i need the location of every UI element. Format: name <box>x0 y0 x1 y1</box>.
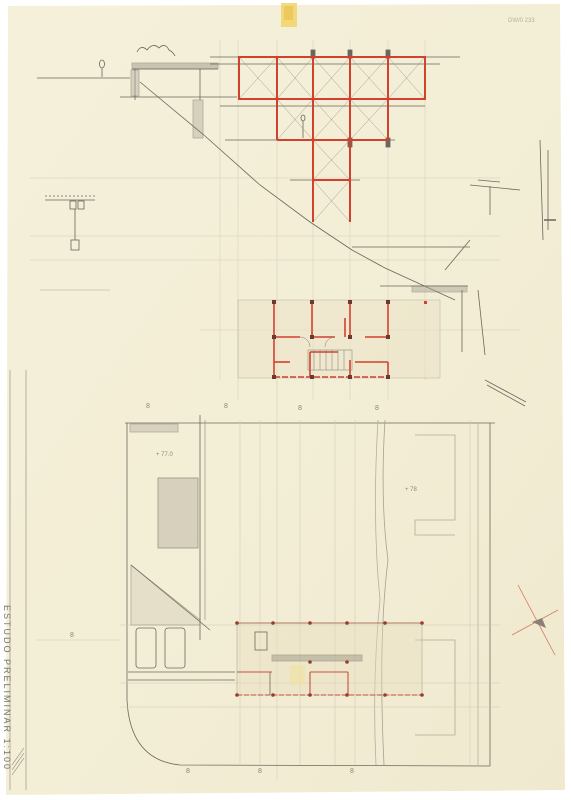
drawing-title: ESTUDO PRELIMINAR 1:100 <box>2 605 12 771</box>
grid-mark: 8 <box>70 632 74 639</box>
elevation-mark: + 77.0 <box>156 452 173 458</box>
upper-floor-plan <box>238 300 440 379</box>
grid-mark: 8 <box>258 768 262 775</box>
elevation-mark: + 78 <box>405 487 417 493</box>
grid-mark: 8 <box>375 405 379 412</box>
drawing-sheet: DW/0 233 ESTUDO PRELIMINAR 1:100 + 77.0 … <box>0 0 571 800</box>
grid-mark: 8 <box>224 403 228 410</box>
architectural-drawing <box>0 0 571 800</box>
grid-mark: 8 <box>186 768 190 775</box>
grid-mark: 8 <box>298 405 302 412</box>
grid-mark: 8 <box>350 768 354 775</box>
sheet-number: DW/0 233 <box>508 18 535 24</box>
grid-mark: 8 <box>146 403 150 410</box>
